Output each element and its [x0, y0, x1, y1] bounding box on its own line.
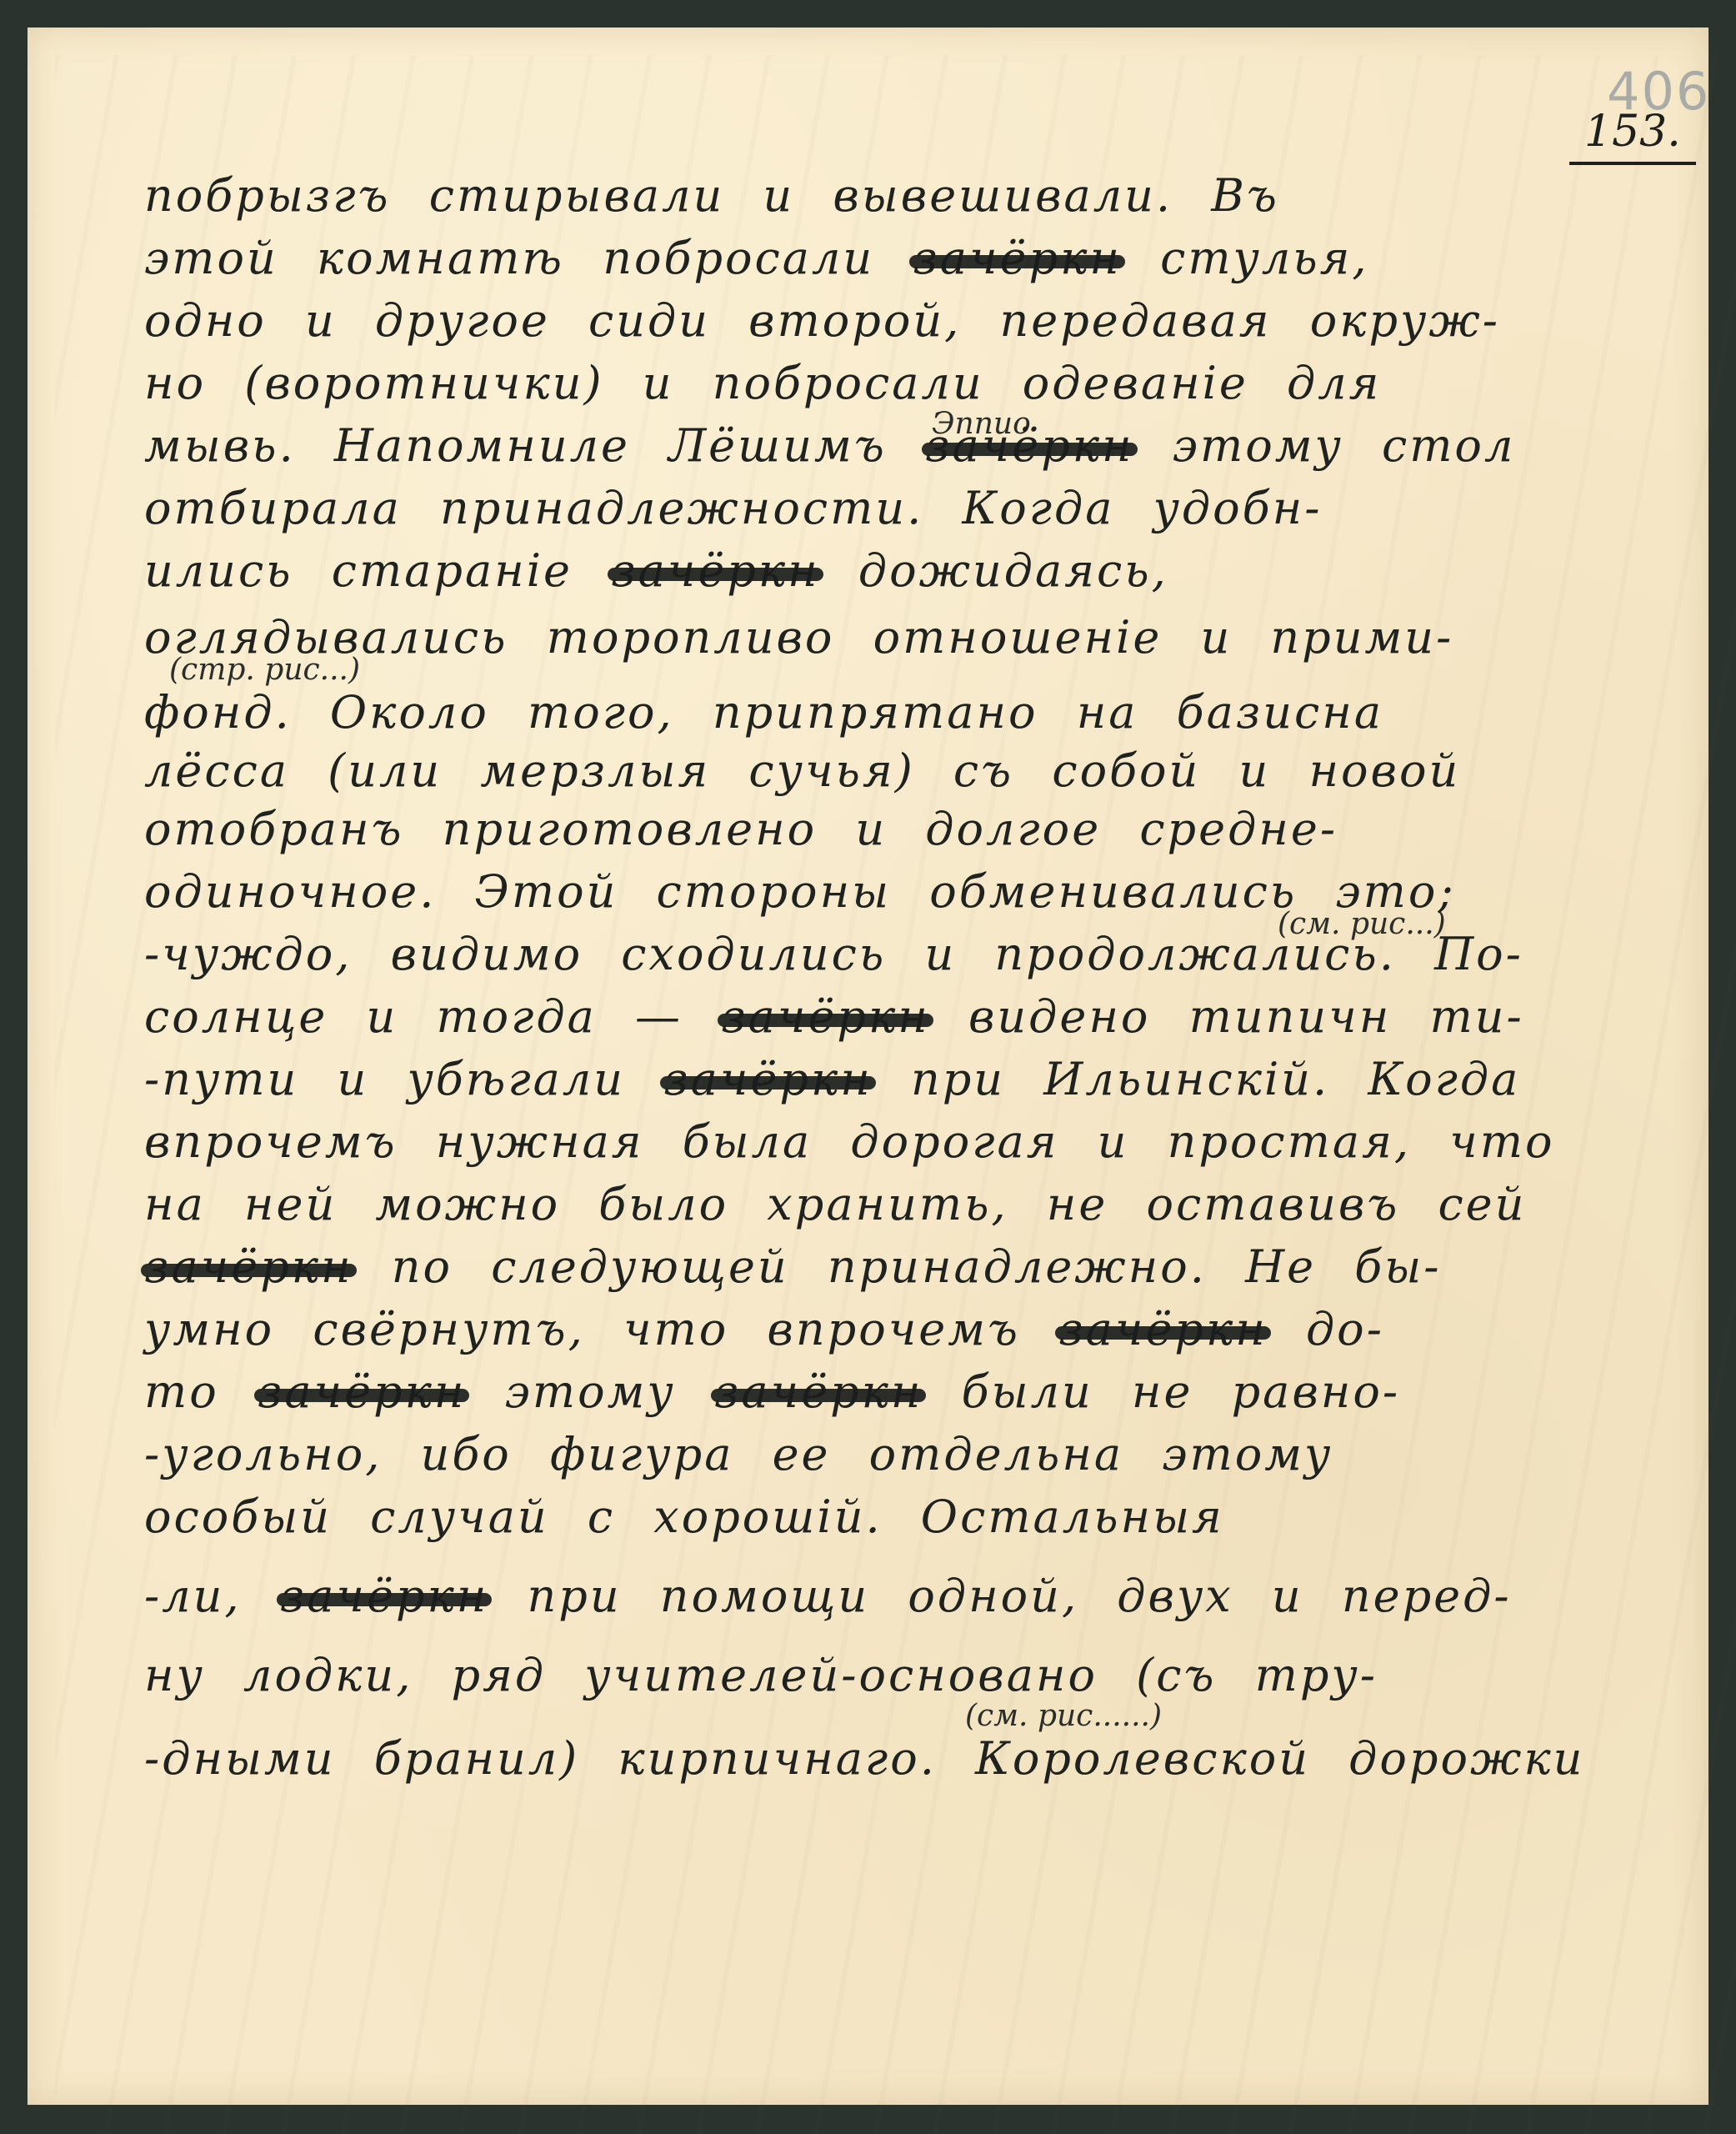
struck-out-word: зачёркн — [611, 544, 820, 598]
manuscript-line: особый случай с хорошій. Остальныя — [144, 1490, 1728, 1544]
struck-out-word: зачёркн — [663, 1053, 873, 1106]
manuscript-line: одно и другое сиди второй, передавая окр… — [144, 294, 1728, 348]
struck-out-word: зачёркн — [913, 232, 1122, 285]
manuscript-line: фонд. Около того, припрятано на базисна — [144, 686, 1728, 739]
line-text: этой комнатѣ побросали зачёркн стулья, — [144, 232, 1369, 284]
manuscript-line: то зачёркн этому зачёркн были не равно- — [144, 1365, 1728, 1419]
manuscript-line: отобранъ приготовлено и долгое средне- — [144, 803, 1728, 856]
manuscript-line: оглядывались торопливо отношеніе и прими… — [144, 611, 1728, 664]
struck-out-word: зачёркн — [721, 990, 930, 1044]
manuscript-line: побрызгъ стирывали и вывешивали. Въ — [144, 169, 1728, 223]
manuscript-line: на ней можно было хранить, не оставивъ с… — [144, 1178, 1728, 1231]
margin-note: (см. рис......) — [965, 1699, 1162, 1733]
manuscript-line: ились стараніе зачёркн дожидаясь, — [144, 544, 1728, 598]
manuscript-line: этой комнатѣ побросали зачёркн стулья, — [144, 232, 1728, 285]
margin-note: (стр. рис...) — [169, 653, 360, 687]
manuscript-line: лёсса (или мерзлыя сучья) съ собой и нов… — [144, 744, 1728, 798]
struck-out-word: зачёркн — [1058, 1303, 1268, 1356]
manuscript-line: солнце и тогда — зачёркн видено типичн т… — [144, 990, 1728, 1044]
manuscript-line: зачёркн по следующей принадлежно. Не бы- — [144, 1240, 1728, 1294]
manuscript-line: впрочемъ нужная была дорогая и простая, … — [144, 1115, 1728, 1169]
manuscript-line: -чуждо, видимо сходились и продолжались.… — [144, 928, 1728, 981]
manuscript-page: 406 153. побрызгъ стирывали и вывешивали… — [28, 28, 1708, 2105]
struck-out-word: зачёркн — [714, 1365, 923, 1419]
manuscript-line: отбирала принадлежности. Когда удобн- — [144, 482, 1728, 535]
manuscript-line: одиночное. Этой стороны обменивались это… — [144, 865, 1728, 919]
manuscript-line: ну лодки, ряд учителей-основано (съ тру- — [144, 1649, 1728, 1702]
manuscript-line: -угольно, ибо фигура ее отдельна этому — [144, 1428, 1728, 1481]
manuscript-line: -пути и убѣгали зачёркн при Ильинскій. К… — [144, 1053, 1728, 1106]
manuscript-line: мывь. Напомниле Лёшимъ зачёркн этому сто… — [144, 419, 1728, 473]
page-number: 153. — [1569, 107, 1696, 165]
struck-out-word: зачёркн — [280, 1570, 489, 1623]
manuscript-line: но (воротнички) и побросали одеваніе для — [144, 357, 1728, 410]
manuscript-line: умно свёрнутъ, что впрочемъ зачёркн до- — [144, 1303, 1728, 1356]
struck-out-word: зачёркн — [925, 419, 1134, 473]
struck-out-word: зачёркн — [144, 1240, 353, 1294]
manuscript-line: -ли, зачёркн при помощи одной, двух и пе… — [144, 1570, 1728, 1623]
manuscript-line: -дными бранил) кирпичнаго. Королевской д… — [144, 1732, 1728, 1786]
struck-out-word: зачёркн — [258, 1365, 467, 1419]
